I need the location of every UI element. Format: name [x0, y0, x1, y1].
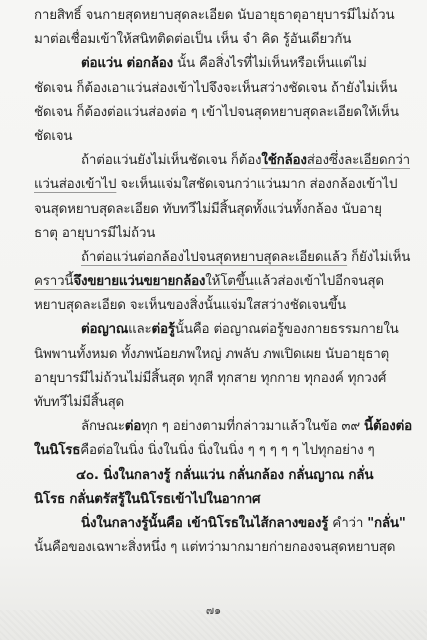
text-line: จนสุดหยาบสุดละเอียด ทับทวีไม่มีสิ้นสุดทั…	[34, 198, 400, 222]
text-line: นิพพานทั้งหมด ทั้งภพน้อยภพใหญ่ ภพลับ ภพเ…	[34, 343, 400, 367]
text-line: ต่อแว่น ต่อกล้อง นั้น คือสิ่งไรที่ไม่เห็…	[34, 52, 400, 76]
text-line: ต่อญาณและต่อรู้นั้นคือ ต่อญาณต่อรู้ของกา…	[34, 318, 400, 342]
bold-text-segment: ต่อ	[125, 419, 141, 434]
bold-text-segment: จึงขยายแว่นขยายกล้อง	[73, 274, 205, 289]
bold-text-segment: นิโรธ กลั่นตรัสรู้ในนิโรธเข้าไปในอากาศ	[34, 492, 260, 507]
text-line: ๔๐. นิ่งในกลางรู้ กลั่นแว่น กลั่นกล้อง ก…	[34, 464, 400, 488]
text-segment: นั้นคือ ต่อญาณต่อรู้ของกายธรรมกายใน	[175, 322, 399, 337]
text-line: นิโรธ กลั่นตรัสรู้ในนิโรธเข้าไปในอากาศ	[34, 488, 400, 512]
text-segment: นั้น คือสิ่งไรที่ไม่เห็นหรือเห็นแต่ไม่	[173, 56, 367, 71]
paper-texture	[0, 610, 427, 640]
text-segment: ถ้าต่อแว่นยังไม่เห็นชัดเจน ก็ต้อง	[81, 153, 261, 168]
text-segment: ธาตุ อายุบารมีไม่ถ้วน	[34, 226, 155, 241]
text-segment: ชัดเจน ก็ต้องเอาแว่นส่องเข้าไปจึงจะเห็นส…	[34, 81, 397, 96]
text-segment: แล้วส่องเข้าไปอีกจนสุด	[254, 274, 384, 289]
text-segment: นิพพานทั้งหมด ทั้งภพน้อยภพใหญ่ ภพลับ ภพเ…	[34, 347, 389, 362]
text-line: มาต่อเชื่อมเข้าให้สนิทติดต่อเป็น เห็น จำ…	[34, 28, 400, 52]
text-segment: ทับทวีไม่มีสิ้นสุด	[34, 395, 124, 410]
text-line: ชัดเจน	[34, 125, 400, 149]
text-line: ชัดเจน ก็ต้องต่อแว่นส่องต่อ ๆ เข้าไปจนสุ…	[34, 101, 400, 125]
text-line: กายสิทธิ์ จนกายสุดหยาบสุดละเอียด นับอายุ…	[34, 4, 400, 28]
text-segment: ส่องซึ่งละเอียดกว่า	[307, 153, 410, 168]
text-segment: ลักษณะ	[81, 419, 125, 434]
text-segment: ถ้าต่อแว่นต่อกล้องไปจนสุดหยาบสุดละเอียดแ…	[81, 250, 347, 265]
text-segment: จนสุดหยาบสุดละเอียด ทับทวีไม่มีสิ้นสุดทั…	[34, 202, 382, 217]
text-segment: ชัดเจน ก็ต้องต่อแว่นส่องต่อ ๆ เข้าไปจนสุ…	[34, 105, 399, 120]
text-segment: คือต่อในนิ่ง นิ่งในนิ่ง นิ่งในนิ่ง ๆ ๆ ๆ…	[80, 443, 374, 458]
text-line: นั้นคือของเฉพาะสิ่งหนึ่ง ๆ แต่ทว่ามากมาย…	[34, 536, 400, 560]
text-line: ถ้าต่อแว่นยังไม่เห็นชัดเจน ก็ต้องใช้กล้อ…	[34, 149, 400, 173]
text-segment: ชัดเจน	[34, 129, 72, 144]
text-line: หยาบสุดละเอียด จะเห็นของสิ่งนั้นแจ่มใสสว…	[34, 294, 400, 318]
bold-text-segment: ๔๐. นิ่งในกลางรู้ กลั่นแว่น กลั่นกล้อง ก…	[76, 468, 373, 483]
bold-text-segment: ต่อญาณ	[81, 322, 128, 337]
bold-text-segment: ใช้กล้อง	[261, 153, 306, 168]
text-line: คราวนี้จึงขยายแว่นขยายกล้องให้โตขึ้นแล้ว…	[34, 270, 400, 294]
text-segment: นั้นคือของเฉพาะสิ่งหนึ่ง ๆ แต่ทว่ามากมาย…	[34, 540, 395, 555]
document-page: กายสิทธิ์ จนกายสุดหยาบสุดละเอียด นับอายุ…	[0, 0, 427, 640]
text-line: แว่นส่องเข้าไป จะเห็นแจ่มใสชัดเจนกว่าแว่…	[34, 173, 400, 197]
text-line: ลักษณะต่อทุก ๆ อย่างตามที่กล่าวมาแล้วในข…	[34, 415, 400, 439]
bold-text-segment: นี้ต้องต่อ	[364, 419, 412, 434]
bold-text-segment: "กลั่น"	[367, 516, 405, 531]
text-segment: ทุก ๆ อย่างตามที่กล่าวมาแล้วในข้อ ๓๙	[141, 419, 364, 434]
text-segment: มาต่อเชื่อมเข้าให้สนิทติดต่อเป็น เห็น จำ…	[34, 32, 351, 47]
text-segment: ให้โตขึ้น	[205, 274, 253, 289]
text-segment: แว่นส่องเข้าไป	[34, 177, 116, 192]
bold-text-segment: นิ่งในกลางรู้นั้นคือ เข้านิโรธในไส้กลางข…	[81, 516, 328, 531]
text-line: ทับทวีไม่มีสิ้นสุด	[34, 391, 400, 415]
text-segment: คราวนี้	[34, 274, 73, 289]
bold-text-segment: ต่อแว่น ต่อกล้อง	[81, 56, 173, 71]
body-text: กายสิทธิ์ จนกายสุดหยาบสุดละเอียด นับอายุ…	[34, 4, 400, 560]
text-line: ชัดเจน ก็ต้องเอาแว่นส่องเข้าไปจึงจะเห็นส…	[34, 77, 400, 101]
text-segment: คำว่า	[328, 516, 367, 531]
text-segment: หยาบสุดละเอียด จะเห็นของสิ่งนั้นแจ่มใสสว…	[34, 298, 346, 313]
bold-text-segment: ต่อรู้	[152, 322, 175, 337]
text-line: ธาตุ อายุบารมีไม่ถ้วน	[34, 222, 400, 246]
text-segment: จะเห็นแจ่มใสชัดเจนกว่าแว่นมาก ส่องกล้องเ…	[116, 177, 397, 192]
bold-text-segment: ในนิโรธ	[34, 443, 80, 458]
text-segment: และ	[128, 322, 151, 337]
text-line: นิ่งในกลางรู้นั้นคือ เข้านิโรธในไส้กลางข…	[34, 512, 400, 536]
text-line: ในนิโรธคือต่อในนิ่ง นิ่งในนิ่ง นิ่งในนิ่…	[34, 439, 400, 463]
text-segment: อายุบารมีไม่ถ้วนไม่มีสิ้นสุด ทุกสี ทุกสา…	[34, 371, 386, 386]
text-line: อายุบารมีไม่ถ้วนไม่มีสิ้นสุด ทุกสี ทุกสา…	[34, 367, 400, 391]
text-segment: กายสิทธิ์ จนกายสุดหยาบสุดละเอียด นับอายุ…	[34, 8, 394, 23]
text-line: ถ้าต่อแว่นต่อกล้องไปจนสุดหยาบสุดละเอียดแ…	[34, 246, 400, 270]
text-segment: ก็ยังไม่เห็น	[347, 250, 410, 265]
